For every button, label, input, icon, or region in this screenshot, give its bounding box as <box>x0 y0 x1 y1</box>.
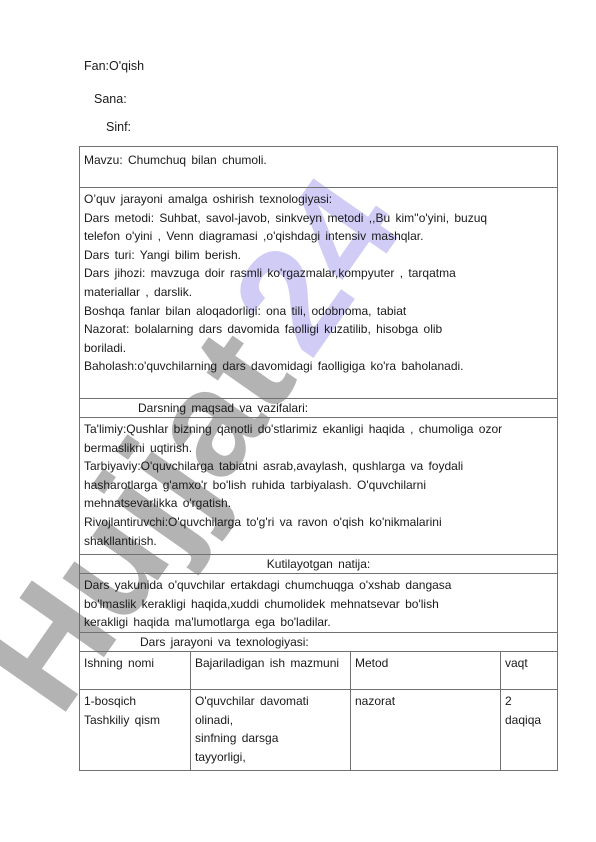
stage-content-cell: O'quvchilar davomati olinadi, sinfning d… <box>191 690 351 771</box>
technology-row: O’quv jarayoni amalga oshirish texnologi… <box>80 188 558 399</box>
time-value: 2 <box>505 692 553 711</box>
goals-header-row: Darsning maqsad va vazifalari: <box>80 399 558 418</box>
column-header-name: Ishning nomi <box>80 652 191 690</box>
stage-time-cell: 2 daqiqa <box>501 690 558 771</box>
technology-line: Nazorat: bolalarning dars davomida faoll… <box>84 320 553 339</box>
lesson-plan-table: Mavzu: Chumchuq bilan chumoli. O’quv jar… <box>79 146 558 771</box>
column-header-content: Bajariladigan ish mazmuni <box>191 652 351 690</box>
result-header-row: Kutilayotgan natija: <box>80 555 558 574</box>
stage-name-cell: 1-bosqich Tashkiliy qism <box>80 690 191 771</box>
technology-line: Dars turi: Yangi bilim berish. <box>84 246 553 265</box>
result-title: Kutilayotgan natija: <box>80 555 558 574</box>
result-line: Dars yakunida o'quvchilar ertakdagi chum… <box>84 576 553 595</box>
goals-row: Ta'limiy:Qushlar bizning qanotli do'stla… <box>80 418 558 555</box>
stage-method-cell: nazorat <box>351 690 501 771</box>
technology-line: materiallar , darslik. <box>84 283 553 302</box>
class-label: Sinf: <box>106 119 131 135</box>
stage-title: Tashkiliy qism <box>84 711 186 730</box>
table-row: 1-bosqich Tashkiliy qism O'quvchilar dav… <box>80 690 558 771</box>
technology-line: Dars jihozi: mavzuga doir rasmli ko'rgaz… <box>84 264 553 283</box>
technology-line: Baholash:o'quvchilarning dars davomidagi… <box>84 357 553 376</box>
date-label: Sana: <box>94 91 127 107</box>
content-line: sinfning darsga <box>195 729 346 748</box>
goals-line: Rivojlantiruvchi:O'quvchilarga to'g'ri v… <box>84 513 553 532</box>
result-row: Dars yakunida o'quvchilar ertakdagi chum… <box>80 574 558 633</box>
goals-line: mehnatsevarlikka o'rgatish. <box>84 494 553 513</box>
result-cell: Dars yakunida o'quvchilar ertakdagi chum… <box>80 574 558 633</box>
goals-line: Ta'limiy:Qushlar bizning qanotli do'stla… <box>84 420 553 439</box>
technology-line: Boshqa fanlar bilan aloqadorligi: ona ti… <box>84 302 553 321</box>
result-line: bo'lmaslik kerakligi haqida,xuddi chumol… <box>84 595 553 614</box>
content-line: O'quvchilar davomati <box>195 692 346 711</box>
goals-line: Tarbiyaviy:O'quvchilarga tabiatni asrab,… <box>84 457 553 476</box>
goals-line: shakllantirish. <box>84 532 553 551</box>
topic-cell: Mavzu: Chumchuq bilan chumoli. <box>80 147 558 188</box>
technology-cell: O’quv jarayoni amalga oshirish texnologi… <box>80 188 558 399</box>
content-line: tayyorligi, <box>195 748 346 767</box>
process-header-row: Dars jarayoni va texnologiyasi: <box>80 633 558 652</box>
result-line: kerakligi haqida ma'lumotlarga ega bo'la… <box>84 613 553 632</box>
goals-cell: Ta'limiy:Qushlar bizning qanotli do'stla… <box>80 418 558 555</box>
goals-title: Darsning maqsad va vazifalari: <box>80 399 558 418</box>
technology-line: telefon o'yini , Venn diagramasi ,o'qish… <box>84 227 553 246</box>
content-line: olinadi, <box>195 711 346 730</box>
process-columns-row: Ishning nomi Bajariladigan ish mazmuni M… <box>80 652 558 690</box>
subject-label: Fan:O'qish <box>84 58 144 74</box>
stage-number: 1-bosqich <box>84 692 186 711</box>
technology-line: Dars metodi: Suhbat, savol-javob, sinkve… <box>84 209 553 228</box>
technology-line: boriladi. <box>84 339 553 358</box>
time-unit: daqiqa <box>505 711 553 730</box>
column-header-time: vaqt <box>501 652 558 690</box>
goals-line: bermaslikni uqtirish. <box>84 439 553 458</box>
goals-line: hasharotlarga g'amxo'r bo'lish ruhida ta… <box>84 476 553 495</box>
technology-title: O’quv jarayoni amalga oshirish texnologi… <box>84 190 553 209</box>
topic-row: Mavzu: Chumchuq bilan chumoli. <box>80 147 558 188</box>
column-header-method: Metod <box>351 652 501 690</box>
process-title: Dars jarayoni va texnologiyasi: <box>80 633 558 652</box>
